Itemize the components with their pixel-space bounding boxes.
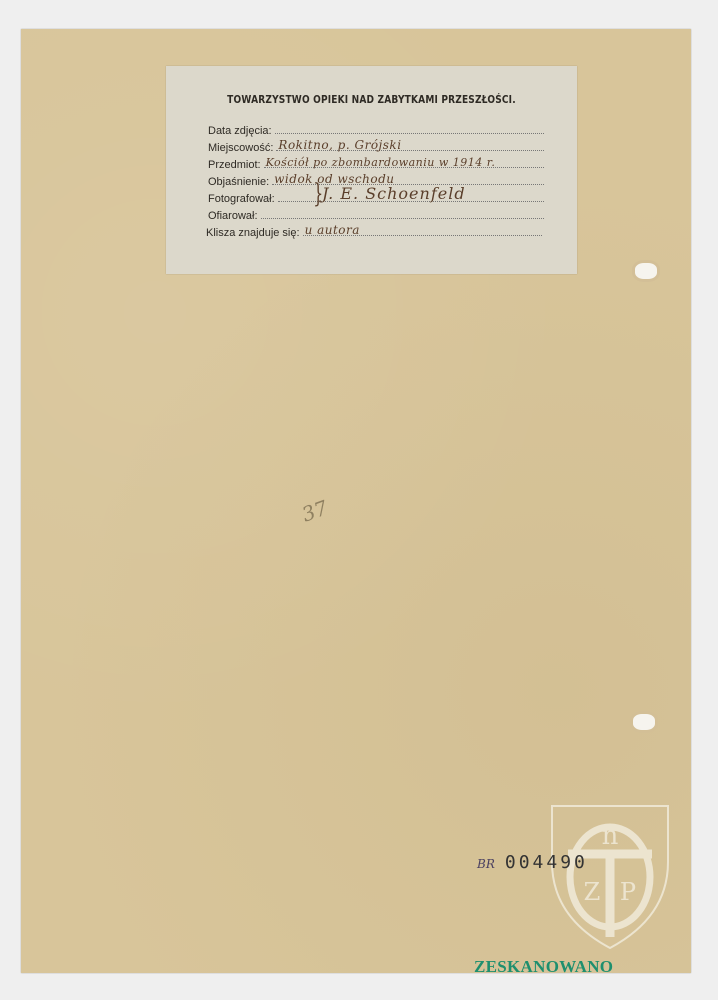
document-backing-paper: TOWARZYSTWO OPIEKI NAD ZABYTKAMI PRZESZŁ… (21, 29, 691, 973)
svg-text:n: n (602, 821, 619, 851)
inventory-number: BR 004490 (477, 852, 588, 873)
scanned-stamp: ZESKANOWANO (474, 957, 613, 977)
photographer-donor-handwriting: J. E. Schoenfeld (322, 184, 466, 203)
svg-text:Z: Z (584, 878, 601, 906)
archive-label-card: TOWARZYSTWO OPIEKI NAD ZABYTKAMI PRZESZŁ… (166, 66, 577, 274)
field-photo-date: Data zdjęcia: (208, 121, 544, 137)
field-locality: Miejscowość: Rokitno, p. Grójski (208, 138, 544, 154)
paper-damage-hole (633, 714, 655, 730)
field-negative-location: Klisza znajduje się: u autora (206, 223, 542, 239)
tonzp-emblem-watermark: n Z P (548, 802, 672, 952)
field-donor: Ofiarował: (208, 206, 544, 222)
card-title: TOWARZYSTWO OPIEKI NAD ZABYTKAMI PRZESZŁ… (195, 94, 548, 106)
pencil-number: 37 (299, 495, 331, 526)
svg-text:P: P (620, 878, 636, 906)
paper-damage-hole (635, 263, 657, 279)
field-subject: Przedmiot: Kościół po zbombardowaniu w 1… (208, 155, 544, 171)
